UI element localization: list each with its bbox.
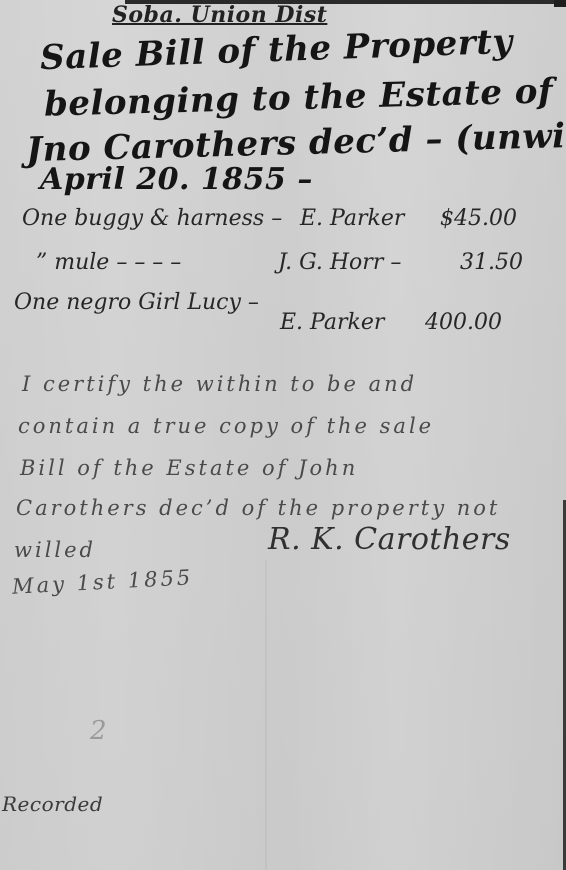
item-description: One buggy & harness –: [22, 206, 282, 231]
page-corner-shadow: [554, 0, 566, 7]
sale-item-row: One negro Girl Lucy – E. Parker 400.00: [0, 288, 566, 322]
item-buyer: E. Parker: [300, 206, 404, 231]
recorded-note: Recorded: [2, 792, 103, 816]
certification-date: May 1st 1855: [11, 565, 193, 598]
sale-item-row: ” mule – – – – J. G. Horr – 31.50: [0, 250, 566, 284]
item-amount: 31.50: [460, 250, 523, 275]
certification-line-4: Carothers dec’d of the property not: [16, 496, 500, 520]
page-number: 2: [90, 716, 107, 746]
item-buyer: E. Parker: [280, 310, 384, 335]
certification-line-1: I certify the within to be and: [22, 372, 417, 396]
item-amount: 400.00: [425, 310, 502, 335]
item-description: ” mule – – – –: [36, 250, 181, 275]
certification-line-3: Bill of the Estate of John: [20, 456, 358, 480]
scanned-document-page: Soba. Union Dist Sale Bill of the Proper…: [0, 0, 566, 870]
sale-item-row: One buggy & harness – E. Parker $45.00: [0, 206, 566, 240]
paper-fold-line: [265, 560, 267, 870]
signature: R. K. Carothers: [268, 522, 511, 557]
certification-line-2: contain a true copy of the sale: [18, 414, 434, 438]
district-notation: Soba. Union Dist: [112, 2, 327, 28]
title-line-1: Sale Bill of the Property: [39, 22, 513, 78]
certification-line-5: willed: [14, 538, 96, 562]
sale-date: April 20. 1855 –: [40, 162, 313, 197]
item-amount: $45.00: [440, 206, 517, 231]
title-line-2: belonging to the Estate of: [44, 71, 554, 124]
item-buyer: J. G. Horr –: [278, 250, 401, 275]
item-description: One negro Girl Lucy –: [14, 290, 259, 315]
